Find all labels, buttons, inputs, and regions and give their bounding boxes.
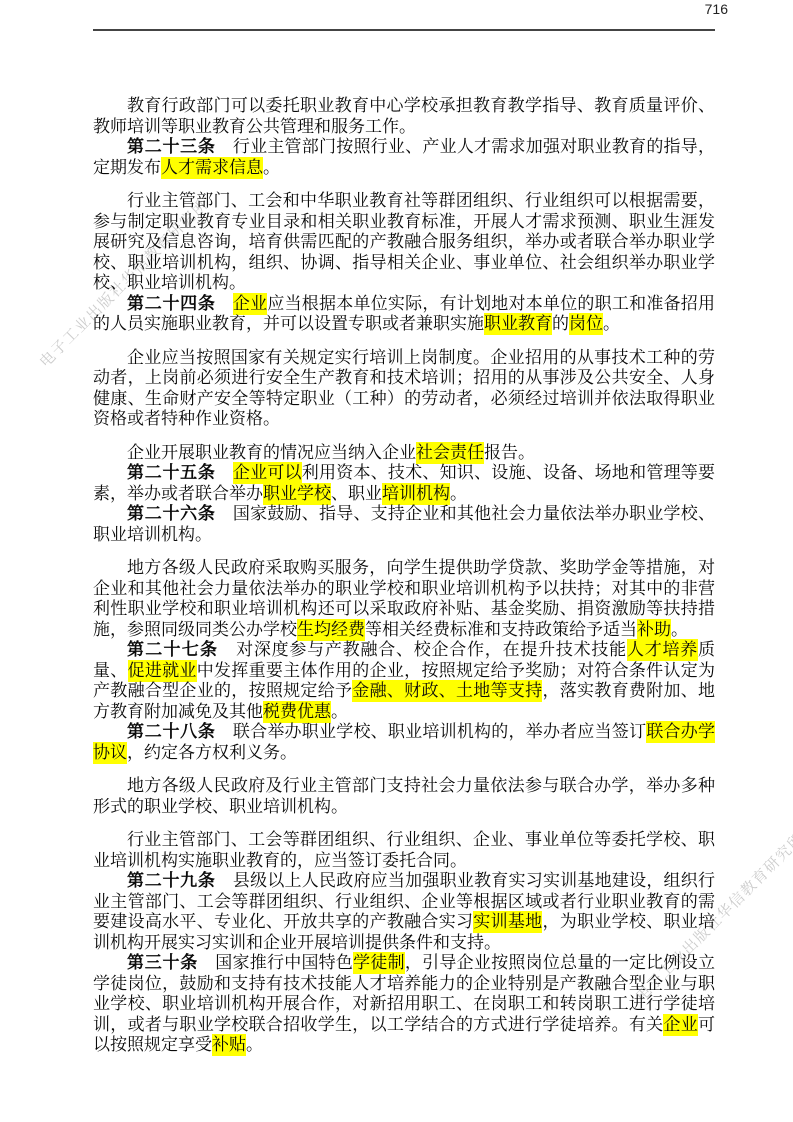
highlighted-text: 促进就业 [128, 660, 197, 682]
text-run: 企业开展职业教育的情况应当纳入企业 [127, 443, 416, 463]
highlighted-text: 人才培养 [627, 639, 698, 661]
article-number: 第二十六条 [127, 504, 216, 524]
highlighted-text: 实训基地 [473, 911, 542, 933]
text-run: 企业应当按照国家有关规定实行培训上岗制度。企业招用的从事技术工种的劳动者，上岗前… [93, 348, 715, 430]
text-run: 等相关经费标准和支持政策给予适当 [365, 620, 637, 640]
text-run: 。 [263, 158, 280, 178]
highlighted-text: 社会责任 [416, 442, 484, 464]
text-run: ，约定各方权利义务。 [127, 743, 297, 763]
highlighted-text: 企业 [233, 293, 267, 315]
page-number: 716 [705, 1, 728, 17]
paragraph: 第二十四条 企业应当根据本单位实际，有计划地对本单位的职工和准备招用的人员实施职… [93, 294, 715, 335]
paragraph: 第二十九条 县级以上人民政府应当加强职业教育实习实训基地建设，组织行业主管部门、… [93, 871, 715, 953]
text-run: 的 [552, 314, 569, 334]
highlighted-text: 职业学校 [263, 483, 331, 505]
text-run: 对深度参与产教融合、校企合作，在提升技术技能 [218, 640, 627, 660]
paragraph: 第三十条 国家推行中国特色学徒制，引导企业按照岗位总量的一定比例设立学徒岗位，鼓… [93, 953, 715, 1056]
paragraph: 地方各级人民政府及行业主管部门支持社会力量依法参与联合办学，举办多种形式的职业学… [93, 776, 715, 817]
highlighted-text: 人才需求信息 [161, 157, 263, 179]
highlighted-text: 补贴 [212, 1034, 246, 1056]
highlighted-text: 补助 [637, 619, 671, 641]
document-page: { "page": { "number": "716" }, "colors":… [0, 0, 793, 1122]
highlighted-text: 金融、财政、土地等支持 [352, 680, 542, 702]
paragraph: 教育行政部门可以委托职业教育中心学校承担教育教学指导、教育质量评价、教师培训等职… [93, 96, 715, 137]
article-number: 第二十七条 [127, 640, 218, 660]
article-number: 第三十条 [127, 953, 198, 973]
highlighted-text: 企业 [663, 1014, 698, 1036]
text-run: 国家推行中国特色 [198, 953, 353, 973]
highlighted-text: 学徒制 [353, 952, 405, 974]
text-run: 。 [450, 484, 467, 504]
text-run: 、职业 [331, 484, 382, 504]
text-run: 联合举办职业学校、职业培训机构的，举办者应当签订 [216, 722, 647, 742]
text-run: 。 [331, 702, 348, 722]
text-run: 。 [246, 1035, 263, 1055]
text-run [216, 294, 233, 314]
highlighted-text: 培训机构 [382, 483, 450, 505]
text-run: 。 [671, 620, 688, 640]
paragraph: 第二十三条 行业主管部门按照行业、产业人才需求加强对职业教育的指导，定期发布人才… [93, 137, 715, 178]
text-run [216, 463, 233, 483]
article-number: 第二十八条 [127, 722, 216, 742]
document-body: 教育行政部门可以委托职业教育中心学校承担教育教学指导、教育质量评价、教师培训等职… [93, 96, 715, 1056]
highlighted-text: 税费优惠 [263, 701, 331, 723]
header-rule [93, 29, 715, 31]
paragraph: 第二十七条 对深度参与产教融合、校企合作，在提升技术技能人才培养质量、促进就业中… [93, 640, 715, 722]
text-run: 行业主管部门、工会等群团组织、行业组织、企业、事业单位等委托学校、职业培训机构实… [93, 830, 715, 871]
highlighted-text: 生均经费 [297, 619, 365, 641]
paragraph: 第二十六条 国家鼓励、指导、支持企业和其他社会力量依法举办职业学校、职业培训机构… [93, 504, 715, 545]
article-number: 第二十四条 [127, 294, 216, 314]
text-run: 报告。 [484, 443, 535, 463]
text-run: 行业主管部门、工会和中华职业教育社等群团组织、行业组织可以根据需要，参与制定职业… [93, 191, 715, 293]
paragraph: 第二十八条 联合举办职业学校、职业培训机构的，举办者应当签订联合办学协议，约定各… [93, 722, 715, 763]
article-number: 第二十三条 [127, 137, 216, 157]
highlighted-text: 企业可以 [233, 462, 302, 484]
article-number: 第二十九条 [127, 871, 216, 891]
text-run: 。 [603, 314, 620, 334]
highlighted-text: 职业教育 [484, 313, 552, 335]
paragraph: 地方各级人民政府采取购买服务，向学生提供助学贷款、奖助学金等措施，对企业和其他社… [93, 558, 715, 640]
paragraph: 第二十五条 企业可以利用资本、技术、知识、设施、设备、场地和管理等要素，举办或者… [93, 463, 715, 504]
highlighted-text: 岗位 [569, 313, 603, 335]
text-run: 地方各级人民政府及行业主管部门支持社会力量依法参与联合办学，举办多种形式的职业学… [93, 776, 715, 817]
text-run: 教育行政部门可以委托职业教育中心学校承担教育教学指导、教育质量评价、教师培训等职… [93, 96, 715, 137]
paragraph: 行业主管部门、工会等群团组织、行业组织、企业、事业单位等委托学校、职业培训机构实… [93, 830, 715, 871]
article-number: 第二十五条 [127, 463, 216, 483]
paragraph: 行业主管部门、工会和中华职业教育社等群团组织、行业组织可以根据需要，参与制定职业… [93, 191, 715, 294]
paragraph: 企业应当按照国家有关规定实行培训上岗制度。企业招用的从事技术工种的劳动者，上岗前… [93, 348, 715, 430]
paragraph: 企业开展职业教育的情况应当纳入企业社会责任报告。 [93, 443, 715, 464]
